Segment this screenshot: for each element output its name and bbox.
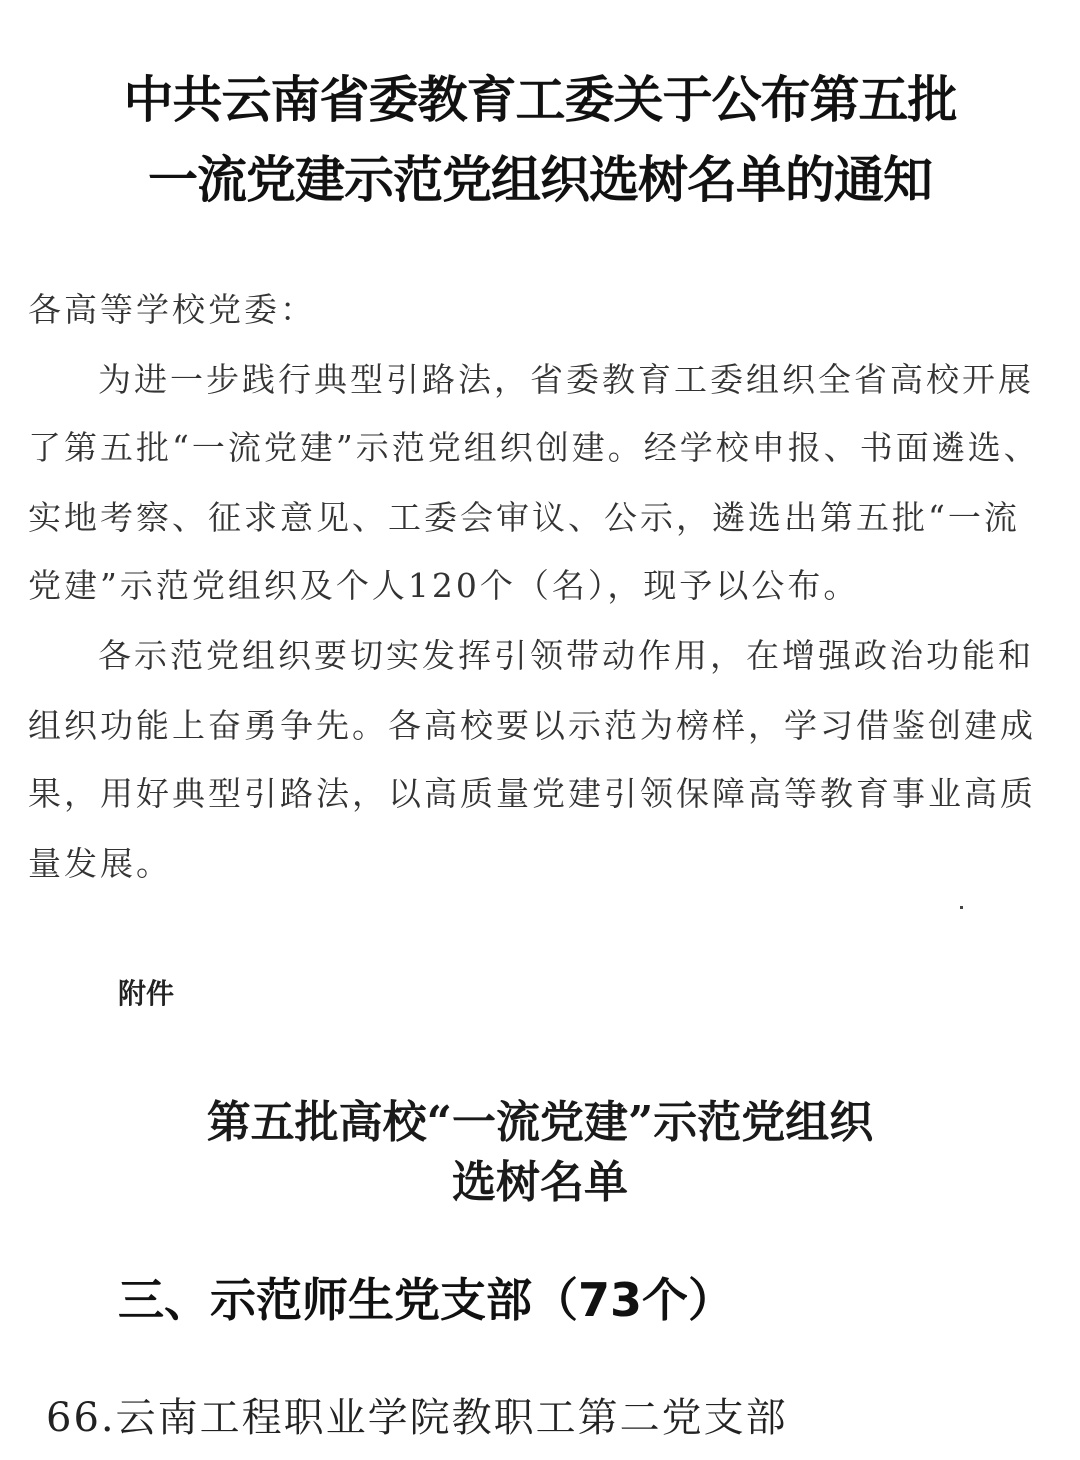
stray-mark <box>960 906 963 909</box>
attachment-title-line-2: 选树名单 <box>0 1146 1080 1210</box>
salutation: 各高等学校党委： <box>28 284 316 331</box>
paragraph-2-line-3: 果，用好典型引路法，以高质量党建引领保障高等教育事业高质 <box>28 768 1036 815</box>
paragraph-2-line-2: 组织功能上奋勇争先。各高校要以示范为榜样，学习借鉴创建成 <box>28 700 1036 747</box>
list-item: 66.云南工程职业学院教职工第二党支部 <box>46 1386 788 1443</box>
section-heading: 三、示范师生党支部（73个） <box>118 1264 734 1330</box>
notice-title-line-1: 中共云南省委教育工委关于公布第五批 <box>0 60 1080 132</box>
attachment-title-line-1: 第五批高校“一流党建”示范党组织 <box>0 1086 1080 1150</box>
paragraph-1-line-3: 实地考察、征求意见、工委会审议、公示，遴选出第五批“一流 <box>28 492 1020 539</box>
paragraph-1-line-2: 了第五批“一流党建”示范党组织创建。经学校申报、书面遴选、 <box>28 422 1040 469</box>
notice-title-line-2: 一流党建示范党组织选树名单的通知 <box>0 140 1080 212</box>
paragraph-1-line-4: 党建”示范党组织及个人120个（名），现予以公布。 <box>28 560 859 607</box>
paragraph-2-line-4: 量发展。 <box>28 838 172 885</box>
paragraph-2-line-1: 各示范党组织要切实发挥引领带动作用，在增强政治功能和 <box>98 630 1034 677</box>
paragraph-1-line-1: 为进一步践行典型引路法，省委教育工委组织全省高校开展 <box>98 354 1034 401</box>
attachment-label: 附件 <box>118 972 174 1012</box>
